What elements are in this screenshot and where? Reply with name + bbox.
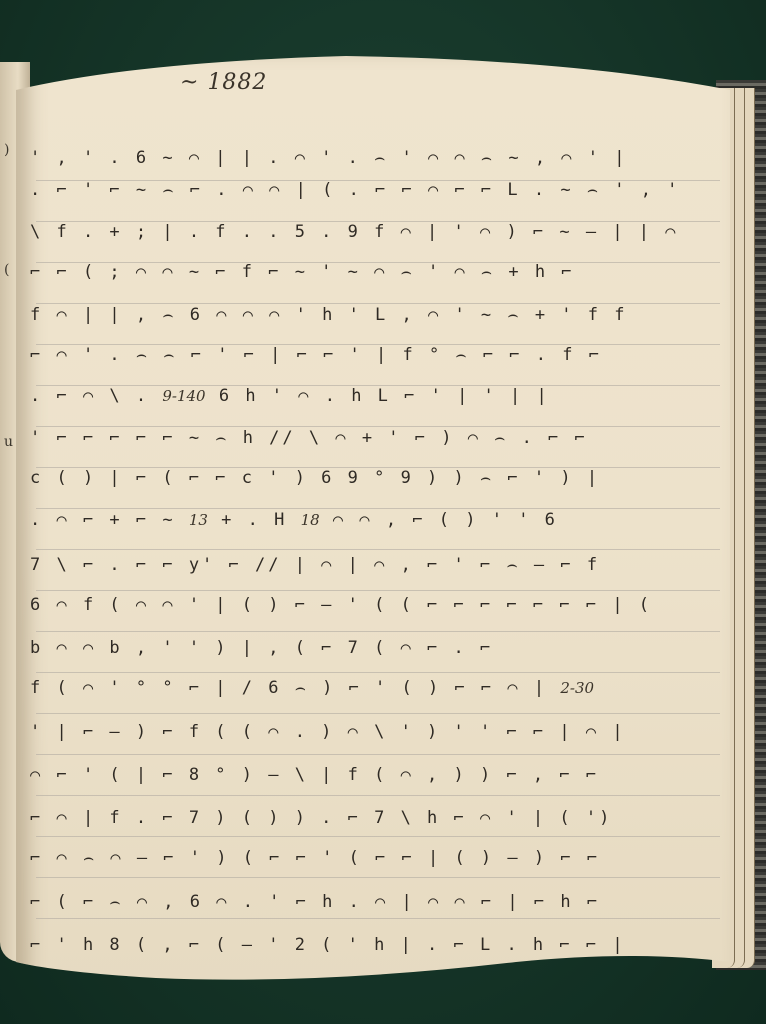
handwritten-numeral: 18	[301, 511, 320, 529]
ruled-line	[36, 672, 720, 673]
ruled-line	[36, 508, 720, 509]
handwritten-numeral: 2-30	[560, 679, 594, 697]
shorthand-line: ⌐ ' h 8 ( , ⌐ ( — ' 2 ( ' h | . ⌐ L . h …	[30, 935, 710, 969]
shorthand-line: ⌐ ⌒ ' . ⌢ ⌢ ⌐ ' ⌐ | ⌐ ⌐ ' | f ° ⌢ ⌐ ⌐ . …	[30, 345, 710, 379]
ruled-line	[36, 590, 720, 591]
shorthand-line: 6 ⌒ f ( ⌒ ⌒ ' | ( ) ⌐ — ' ( ( ⌐ ⌐ ⌐ ⌐ ⌐ …	[30, 595, 710, 629]
shorthand-line: ⌐ ⌒ ⌢ ⌒ — ⌐ ' ) ( ⌐ ⌐ ' ( ⌐ ⌐ | ( ) — ) …	[30, 848, 710, 882]
shorthand-line: f ( ⌒ ' ° ° ⌐ | / 6 ⌢ ) ⌐ ' ( ) ⌐ ⌐ ⌒ | …	[30, 678, 710, 712]
left-page-mark: (	[4, 262, 9, 278]
shorthand-text: + . H	[208, 510, 301, 530]
page-date-heading: ~ 1882	[180, 70, 267, 95]
shorthand-text: . ⌐ ⌒ \ .	[30, 386, 162, 406]
handwritten-numeral: 9-140	[162, 387, 205, 405]
shorthand-line: b ⌒ ⌒ b , ' ' ) | , ( ⌐ 7 ( ⌒ ⌐ . ⌐	[30, 638, 710, 672]
shorthand-line: ' , ' . 6 ~ ⌒ | | . ⌒ ' . ⌢ ' ⌒ ⌒ ⌢ ~ , …	[30, 148, 710, 182]
shorthand-text: . ⌒ ⌐ + ⌐ ~	[30, 510, 189, 530]
ruled-line	[36, 713, 720, 714]
heading-year: 1882	[207, 70, 267, 95]
ruled-line	[36, 631, 720, 632]
shorthand-line: . ⌒ ⌐ + ⌐ ~ 13 + . H 18 ⌒ ⌒ , ⌐ ( ) ' ' …	[30, 510, 710, 544]
shorthand-line: ' | ⌐ — ) ⌐ f ( ( ⌒ . ) ⌒ \ ' ) ' ' ⌐ ⌐ …	[30, 722, 710, 756]
shorthand-line: ⌐ ⌐ ( ; ⌒ ⌒ ~ ⌐ f ⌐ ~ ' ~ ⌒ ⌢ ' ⌒ ⌢ + h …	[30, 262, 710, 296]
left-page-mark: )	[4, 142, 9, 158]
shorthand-line: f ⌒ | | , ⌢ 6 ⌒ ⌒ ⌒ ' h ' L , ⌒ ' ~ ⌢ + …	[30, 305, 710, 339]
shorthand-line: \ f . + ; | . f . . 5 . 9 f ⌒ | ' ⌒ ) ⌐ …	[30, 222, 710, 256]
shorthand-line: ⌐ ( ⌐ ⌢ ⌒ , 6 ⌒ . ' ⌐ h . ⌒ | ⌒ ⌒ ⌐ | ⌐ …	[30, 892, 710, 926]
shorthand-line: 7 \ ⌐ . ⌐ ⌐ y' ⌐ // | ⌒ | ⌒ , ⌐ ' ⌐ ⌢ — …	[30, 555, 710, 589]
shorthand-line: c ( ) | ⌐ ( ⌐ ⌐ c ' ) 6 9 ° 9 ) ) ⌢ ⌐ ' …	[30, 468, 710, 502]
ruled-line	[36, 549, 720, 550]
shorthand-text: f ( ⌒ ' ° ° ⌐ | / 6 ⌢ ) ⌐ ' ( ) ⌐ ⌐ ⌒ |	[30, 678, 560, 698]
handwritten-numeral: 13	[189, 511, 208, 529]
ruled-line	[36, 426, 720, 427]
shorthand-text: 6 h ' ⌒ . h L ⌐ ' | ' | |	[206, 386, 550, 406]
shorthand-text: ⌒ ⌒ , ⌐ ( ) ' ' 6	[320, 510, 558, 530]
left-page-mark: u	[4, 434, 13, 450]
ruled-line	[36, 303, 720, 304]
shorthand-line: . ⌐ ⌒ \ . 9-140 6 h ' ⌒ . h L ⌐ ' | ' | …	[30, 386, 710, 420]
shorthand-line: . ⌐ ' ⌐ ~ ⌢ ⌐ . ⌒ ⌒ | ( . ⌐ ⌐ ⌒ ⌐ ⌐ L . …	[30, 180, 710, 214]
shorthand-line: ⌐ ⌒ | f . ⌐ 7 ) ( ) ) . ⌐ 7 \ h ⌐ ⌒ ' | …	[30, 808, 710, 842]
shorthand-line: ' ⌐ ⌐ ⌐ ⌐ ⌐ ~ ⌢ h // \ ⌒ + ' ⌐ ) ⌒ ⌢ . ⌐…	[30, 428, 710, 462]
shorthand-line: ⌒ ⌐ ' ( | ⌐ 8 ° ) — \ | f ( ⌒ , ) ) ⌐ , …	[30, 765, 710, 799]
heading-prefix: ~	[180, 70, 207, 95]
